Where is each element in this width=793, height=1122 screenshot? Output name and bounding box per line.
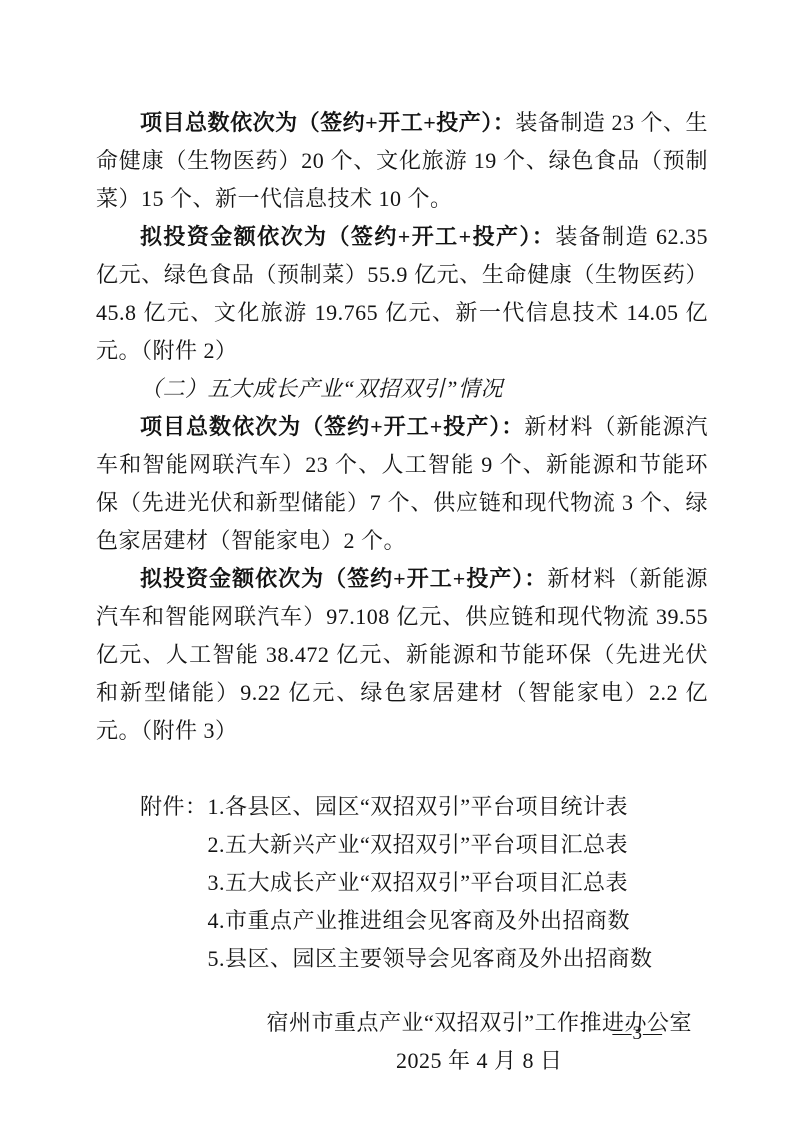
page-number: —3— — [613, 1022, 664, 1046]
paragraph-investment-growth: 拟投资金额依次为（签约+开工+投产）：新材料（新能源汽车和智能网联汽车）97.1… — [96, 560, 708, 750]
attachment-item: 3.五大成长产业“双招双引”平台项目汇总表 — [208, 864, 708, 902]
paragraph-investment-emerging: 拟投资金额依次为（签约+开工+投产）：装备制造 62.35 亿元、绿色食品（预制… — [96, 218, 708, 370]
document-body: 项目总数依次为（签约+开工+投产）：装备制造 23 个、生命健康（生物医药）20… — [96, 104, 708, 1080]
attachment-item: 5.县区、园区主要领导会见客商及外出招商数 — [208, 940, 708, 978]
paragraph-project-counts-emerging: 项目总数依次为（签约+开工+投产）：装备制造 23 个、生命健康（生物医药）20… — [96, 104, 708, 218]
attachment-item: 2.五大新兴产业“双招双引”平台项目汇总表 — [208, 826, 708, 864]
attachments-block: 附件： 1.各县区、园区“双招双引”平台项目统计表 2.五大新兴产业“双招双引”… — [96, 788, 708, 978]
paragraph-lead: 拟投资金额依次为（签约+开工+投产）： — [140, 566, 547, 591]
attachments-list: 1.各县区、园区“双招双引”平台项目统计表 2.五大新兴产业“双招双引”平台项目… — [208, 788, 708, 978]
paragraph-lead: 拟投资金额依次为（签约+开工+投产）： — [140, 224, 555, 249]
paragraph-body: 新材料（新能源汽车和智能网联汽车）97.108 亿元、供应链和现代物流 39.5… — [96, 566, 708, 743]
attachment-item: 4.市重点产业推进组会见客商及外出招商数 — [208, 902, 708, 940]
attachment-item: 1.各县区、园区“双招双引”平台项目统计表 — [208, 788, 708, 826]
document-page: 项目总数依次为（签约+开工+投产）：装备制造 23 个、生命健康（生物医药）20… — [0, 0, 793, 1122]
section-heading-growth-industries: （二）五大成长产业“双招双引”情况 — [96, 370, 708, 408]
attachments-label: 附件： — [140, 788, 208, 978]
paragraph-lead: 项目总数依次为（签约+开工+投产）： — [140, 414, 524, 439]
paragraph-project-counts-growth: 项目总数依次为（签约+开工+投产）：新材料（新能源汽车和智能网联汽车）23 个、… — [96, 408, 708, 560]
paragraph-lead: 项目总数依次为（签约+开工+投产）： — [140, 110, 515, 135]
signature-date: 2025 年 4 月 8 日 — [266, 1042, 692, 1080]
